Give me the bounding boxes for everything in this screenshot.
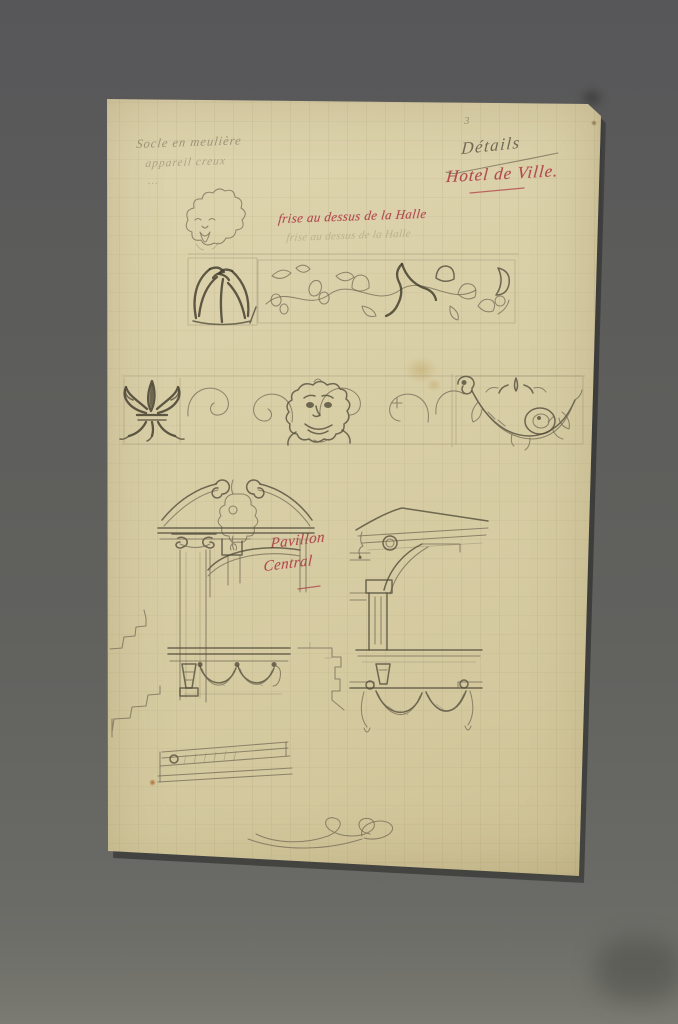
sketch-sheet: 3 Socle en meulière appareil creux … Dét… [100,92,603,882]
garland-cartouche-icon [456,376,582,450]
sketch-overlay-svg [100,92,603,882]
signature-flourish-icon [248,818,393,848]
molding-profiles-icon [110,610,344,737]
ionic-capital-arch-icon [158,528,314,702]
stair-balustrade-icon [158,742,292,782]
cornice-arched-bay-icon [350,508,488,732]
foliate-frieze-icon [258,260,515,323]
lion-mascaron-icon [186,189,245,250]
fleur-de-lis-icon [120,381,184,441]
background-smudge-bottom-right [596,938,678,1002]
photograph-of-drawing: 3 Socle en meulière appareil creux … Dét… [0,0,678,1024]
background-smudge-top-right [584,92,600,104]
mascaron-cartouche-icon [286,379,350,445]
ink-underlines [298,153,558,589]
